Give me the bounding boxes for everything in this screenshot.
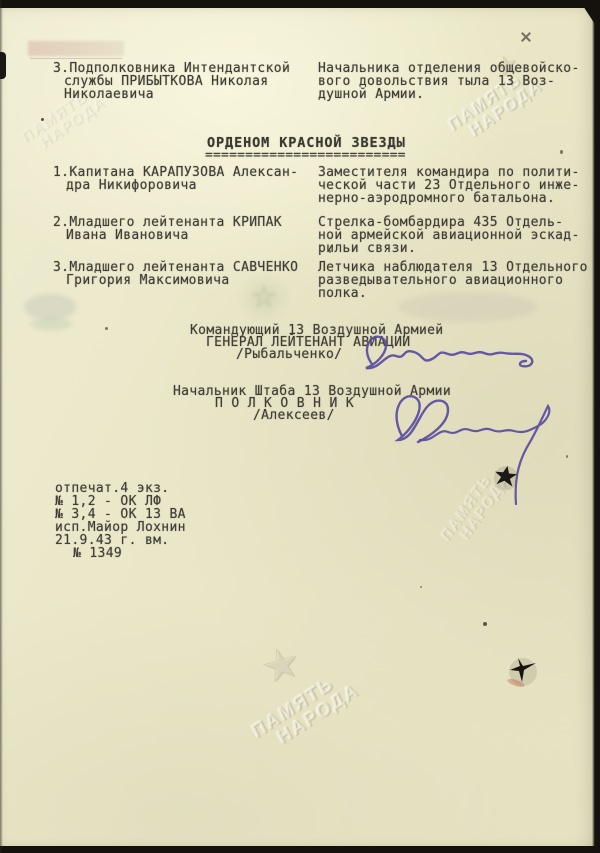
paper-speck	[483, 622, 487, 626]
scan-edge-right	[592, 0, 600, 853]
paper-speck	[41, 118, 44, 121]
paper-speck	[329, 250, 331, 253]
bleed-smudge	[398, 292, 538, 322]
faint-stamp	[28, 41, 124, 56]
faint-stamp-underline	[30, 58, 122, 59]
paper-speck	[105, 327, 108, 330]
section-underline: =========================	[205, 149, 406, 162]
watermark-star-icon: ★	[256, 636, 305, 693]
watermark-text: НАРОДА	[275, 680, 362, 748]
prev-item-left-line: Николаевича	[64, 88, 154, 101]
ink-blot	[492, 464, 520, 492]
scan-edge-nub	[0, 52, 6, 79]
item-right-line: полка.	[318, 287, 367, 300]
chief-name-line: /Алексеев/	[253, 409, 335, 422]
item-right-line: рильи связи.	[318, 242, 416, 255]
bleed-smudge	[24, 294, 76, 320]
faint-star-emblem: ☆	[236, 270, 292, 326]
ink-blot	[506, 656, 540, 692]
chief-handwritten-signature	[368, 384, 573, 510]
commander-name-line: /Рыбальченко/	[236, 348, 342, 361]
paper-speck	[566, 455, 568, 458]
commander-handwritten-signature	[352, 328, 552, 380]
watermark-text: НАРОДА	[38, 94, 108, 151]
scan-edge-top	[0, 0, 600, 8]
pen-x-mark	[520, 31, 532, 43]
watermark-pamyat-naroda: ПАМЯТЬ НАРОДА	[248, 665, 363, 758]
scanned-order-page: ★ ПАМЯТЬ НАРОДА ПАМЯТЬ НАРОДА ПАМЯТЬ НАР…	[0, 0, 600, 853]
scan-edge-left	[0, 0, 3, 853]
paper-speck	[560, 150, 563, 154]
print-note-line: № 1349	[73, 547, 122, 560]
paper-speck	[420, 586, 422, 588]
item-left-line: Григория Максимовича	[66, 274, 230, 287]
prev-item-right-line: душной Армии.	[318, 88, 424, 101]
watermark-text: ПАМЯТЬ	[249, 664, 351, 742]
bleed-smudge	[30, 318, 72, 330]
item-left-line: Ивана Ивановича	[66, 229, 189, 242]
item-left-line: дра Никифоровича	[66, 179, 197, 192]
item-right-line: нерно-аэродромного батальона.	[318, 192, 555, 205]
scan-edge-bottom	[0, 846, 600, 853]
